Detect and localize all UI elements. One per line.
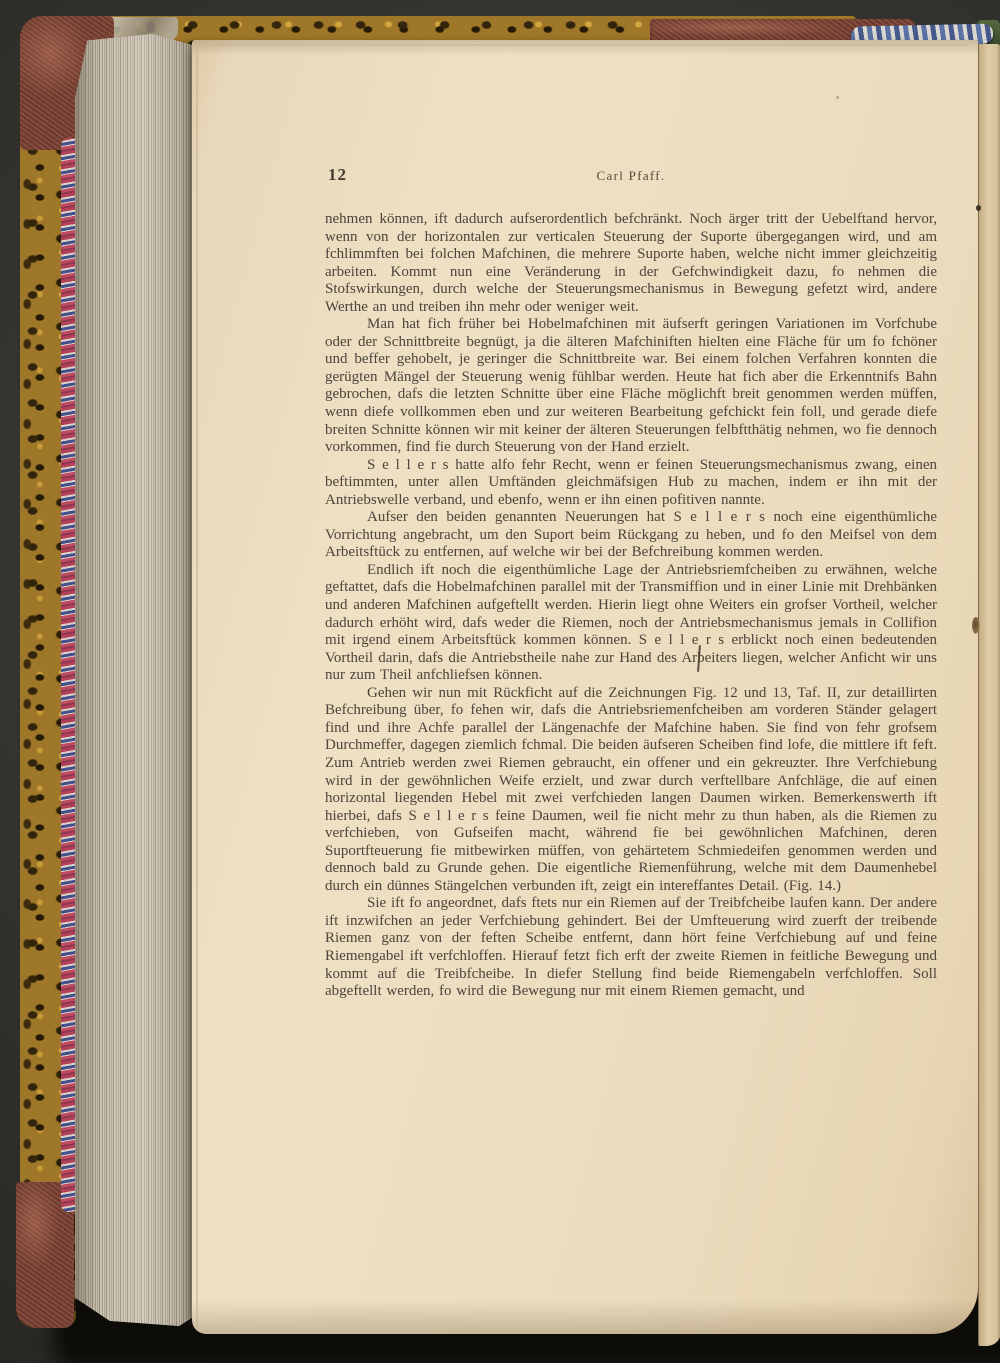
page-stack-fore-edge — [75, 34, 199, 1326]
paragraph: Aufser den beiden genannten Neuerungen h… — [325, 509, 937, 562]
facing-page-gutter — [978, 44, 1000, 1346]
running-header: Carl Pfaff. — [325, 168, 937, 184]
gutter-notch — [972, 617, 980, 634]
paragraph: nehmen können, ift dadurch aufserordentl… — [325, 211, 937, 316]
paragraph: S e l l e r s hatte alfo fehr Recht, wen… — [325, 457, 937, 510]
paragraph: Sie ift fo angeordnet, dafs ftets nur ei… — [325, 895, 937, 1000]
page-number: 12 — [328, 165, 347, 185]
gutter-speck — [976, 205, 981, 211]
paper-fleck — [836, 96, 839, 99]
book-photo: 12 Carl Pfaff. nehmen können, ift dadurc… — [0, 0, 1000, 1363]
page-header: 12 Carl Pfaff. — [325, 168, 937, 188]
paragraph: Man hat fich früher bei Hobelmafchinen m… — [325, 316, 937, 456]
page-text-block: 12 Carl Pfaff. nehmen können, ift dadurc… — [325, 168, 937, 1001]
paragraph: Endlich ift noch die eigenthümliche Lage… — [325, 562, 937, 685]
body-text: nehmen können, ift dadurch aufserordentl… — [325, 211, 937, 1001]
paragraph: Gehen wir nun mit Rückficht auf die Zeic… — [325, 685, 937, 896]
